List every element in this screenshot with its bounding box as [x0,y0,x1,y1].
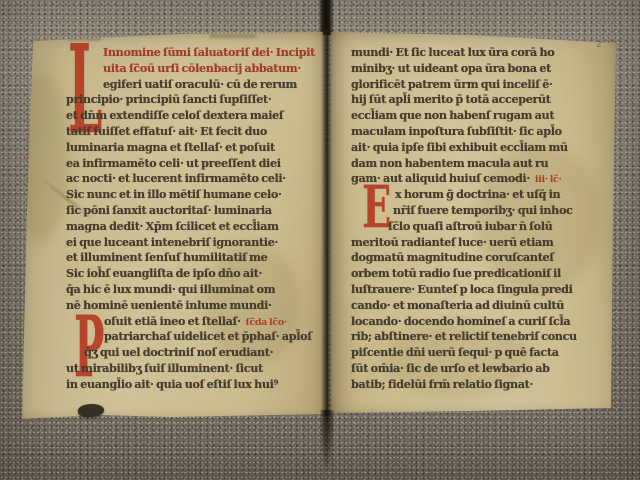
text-line: egiferi uatiſ oraculū· cū de rerum [66,77,312,93]
text-line: x horum g̃ doctrina· et uſq̄ in [351,187,599,203]
text-line: q̄ʒ qui uel doctriniſ noſ erudiant· [66,345,312,361]
text-line: Sic nunc et in illo mētiſ humane celo· [66,187,312,203]
left-text-column: Innomine ſūmi ſaluatoriſ dei· Incipit ui… [66,45,312,393]
text-line: ſc̄lo quaſi aſtroū iubar n̄ ſolū [351,219,599,235]
text-line: magna dedit· Xp̄m ſcilicet et eccl̄iam [66,219,312,235]
text-line: ut mirabilibʒ ſuiſ illuminent· ſicut [66,361,312,377]
text-line: nē hominē uenientē inlume mundi· [66,298,312,314]
right-text-column: mundi· Et ſic luceat lux ūra corā ho min… [351,45,599,393]
gutter-crease-shadow [321,30,332,416]
faint-smudge [210,34,256,38]
text-line: rib; abſtinere· et relictiſ tenebriſ con… [351,329,599,345]
text-line: tatiſ fuiſſet effatuſ· ait· Et fecit duo [66,124,312,140]
text-line: ea infirmamēto celi· ut preeſſent diei [66,156,312,172]
text-line: ſic pōni ſanxit auctoritaſ· luminaria [66,203,312,219]
text-line: luminaria magna et ſtellaſ· et poſuit [66,140,312,156]
text-line-with-rubric: oſuit etiā ineo et ſtellaſ·ſc̃da lc̃o· [66,314,312,330]
rubric-heading-line: Innomine ſūmi ſaluatoriſ dei· Incipit [66,45,312,61]
text-line: et dn̄m extendiſſe celoſ dextera maieſ [66,108,312,124]
text-line: et illuminent ſenſuſ humilitatiſ me [66,250,312,266]
manuscript-left-page: L P Innomine ſūmi ſaluatoriſ dei· Incipi… [15,28,333,424]
text-line: nr̄iſ fuere temporibʒ· qui inhoc [351,203,599,219]
text-line: oſuit etiā ineo et ſtellaſ· [104,314,241,328]
text-line: Sic ioh̄ſ euangliſta de ipſo dn̄o ait· [66,266,312,282]
text-line-with-rubric: gam· aut aliquid huiuſ cemodi·iii· lc̃· [351,171,599,187]
text-line: dogmatū magnitudine coruſcanteſ [351,250,599,266]
pencil-mark: 2 [596,40,602,50]
text-line: hij ſūt apl̄i merito p̄ totā acceperūt [351,92,599,108]
manuscript-photo-scene: L P Innomine ſūmi ſaluatoriſ dei· Incipi… [0,0,640,480]
text-line: piſcentie dn̄i uerū ſequi· p quē facta [351,345,599,361]
text-line: principio· principiū ſancti ſupſiſſet· [66,92,312,108]
text-line: patriarchaſ uidelicet et p̄phaſ· apl̄oſ [66,329,312,345]
inline-rubric-tertia-lectio: iii· lc̃· [535,174,562,185]
text-line: orbem totū radio ſue predicationiſ il [351,266,599,282]
text-line: dam non habentem macula aut ru [351,156,599,172]
rubric-heading-line: uita ſc̃oū urſi cōlenbacij abbatum· [66,61,312,77]
text-line: batib; fidelūi frm̄ relatio ſignat· [351,377,599,393]
text-line: maculam inpoſtura ſubſiſtit· ſic apl̄o [351,124,599,140]
text-line: ac nocti· et lucerent infirmamēto celi· [66,171,312,187]
manuscript-right-page: E mundi· Et ſic luceat lux ūra corā ho m… [328,28,622,418]
text-line: ait· quia ipſe ſibi exhibuit eccl̄iam mū [351,140,599,156]
text-line: luſtrauere· Eunteſ p loca ſingula predi [351,282,599,298]
text-line: glorificēt patrem ūrm qui inceliſ ē· [351,77,599,93]
text-line: gam· aut aliquid huiuſ cemodi· [351,171,530,185]
text-line: mundi· Et ſic luceat lux ūra corā ho [351,45,599,61]
text-line: eccl̄iam que non habenſ rugam aut [351,108,599,124]
text-line: meritoū radianteſ luce· uerū etiam [351,235,599,251]
inline-rubric-secunda-lectio: ſc̃da lc̃o· [246,317,287,328]
text-line: locando· docendo homineſ a curiſ ſcl̄a [351,314,599,330]
text-line: in euangl̄io ait· quia uoſ eſtiſ lux hui… [66,377,312,393]
text-line: ei que luceant intenebriſ ignorantie· [66,235,312,251]
text-line: q̄a hic ē lux mundi· qui illuminat om [66,282,312,298]
text-line: ſūt om̄ia· ſic de urſo et lewbario ab [351,361,599,377]
text-line: minibʒ· ut uideant opa ūra bona et [351,61,599,77]
book-bottom-shadow [320,410,334,472]
text-line: cando· et monaſteria ad diuinū cultū [351,298,599,314]
